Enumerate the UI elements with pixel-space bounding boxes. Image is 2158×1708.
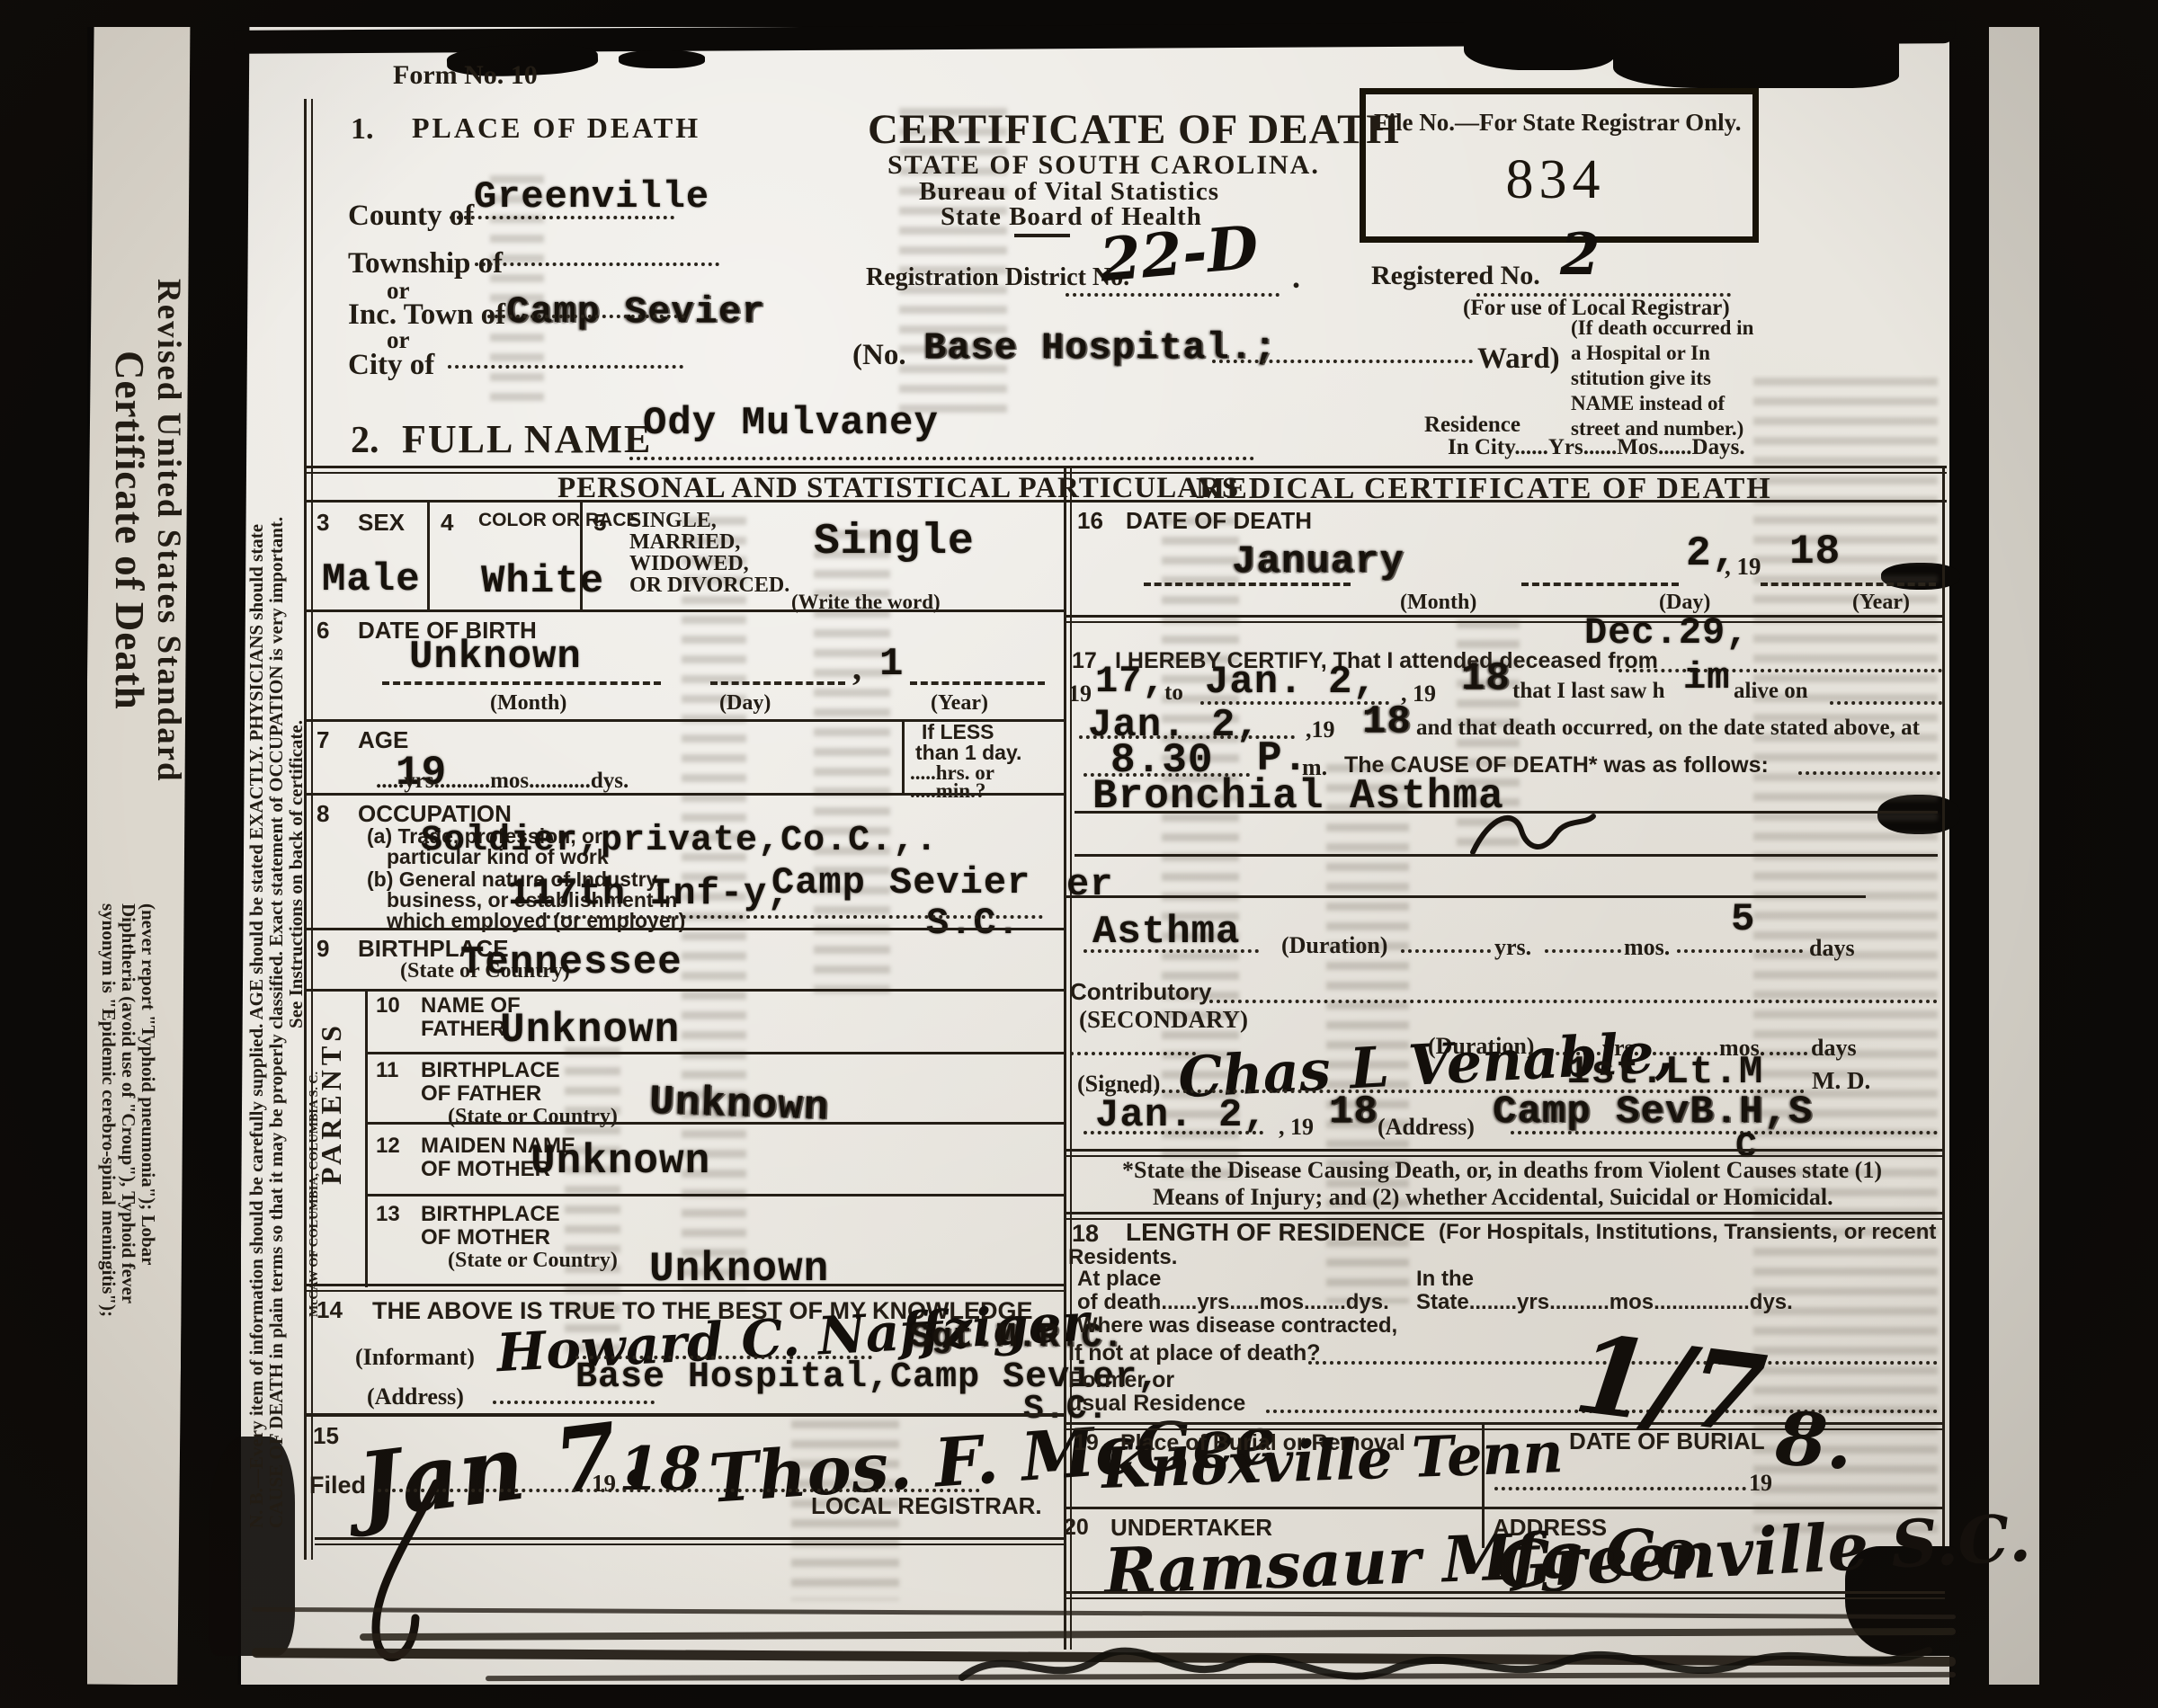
dod-label: DATE OF DEATH (1126, 509, 1312, 533)
father-name-label2: FATHER (421, 1018, 505, 1040)
atplace-line1: At place (1077, 1268, 1161, 1290)
occupation-a-value: Soldier,private,Co.C.,. (421, 823, 938, 860)
burial-number: 19 (1074, 1431, 1099, 1454)
l3-year-value: 18 (1362, 701, 1412, 743)
margin-nb-note: N. B.—Every item of information should b… (246, 220, 329, 1528)
residence18-label: LENGTH OF RESIDENCE (1126, 1219, 1425, 1245)
filed-number: 15 (313, 1424, 339, 1448)
mother-bp-label1: BIRTHPLACE (421, 1203, 560, 1225)
dob-year-sub: (Year) (931, 692, 988, 715)
dod-month-value: January (1232, 541, 1404, 583)
mother-name-number: 12 (376, 1134, 400, 1157)
duration-days-value: 5 (1731, 899, 1755, 940)
race-label: COLOR OR RACE (478, 511, 639, 530)
occupation-number: 8 (317, 802, 329, 826)
reg-district-value: 22-D (1097, 216, 1261, 291)
ifless-line4: .....min.? (910, 780, 985, 802)
signed-19-printed: , 19 (1279, 1115, 1314, 1139)
nb-line3: See Instructions on back of certificate. (286, 220, 306, 1528)
occupation-b-value2: Camp Sevier (771, 863, 1030, 903)
city-label: City of (348, 350, 434, 381)
mother-name-value: Unknown (531, 1140, 710, 1183)
signed-address-value: Camp SevB.H,S (1493, 1091, 1813, 1133)
burial-year-script: 8. (1773, 1400, 1855, 1482)
footnote-line2: Means of Injury; and (2) whether Acciden… (1153, 1185, 1833, 1209)
mother-bp-number: 13 (376, 1203, 400, 1225)
dod-19-printed: , 19 (1725, 554, 1761, 579)
informant-address-label: (Address) (367, 1384, 464, 1409)
duration2-days: days (1811, 1036, 1857, 1060)
atplace-line2: of death......yrs.....mos.......dys. (1077, 1291, 1389, 1313)
certify-number: 17 (1072, 649, 1097, 672)
l2-year18-value: 18 (1461, 658, 1511, 699)
marital-number: 5 (593, 511, 606, 535)
informant-number: 14 (317, 1298, 343, 1322)
father-bp-number: 11 (376, 1059, 398, 1081)
undertaker-number: 20 (1064, 1516, 1089, 1539)
reg-district-label: Registration District No. (866, 264, 1129, 290)
hospital-note-line4: NAME instead of (1571, 393, 1725, 414)
contracted-line: Where was disease contracted, (1077, 1314, 1397, 1337)
fullname-value: Ody Mulvaney (643, 403, 939, 444)
hospital-note-line3: stitution give its (1571, 368, 1711, 389)
local-registrar-label: LOCAL REGISTRAR. (811, 1494, 1042, 1518)
disease-note-line1: synonym is "Epidemic cerebro-spinal meni… (99, 903, 119, 1677)
inc-town-label: Inc. Town of (348, 299, 505, 331)
burial-19-printed: 19 (1749, 1471, 1772, 1495)
marital-line4: OR DIVORCED. (629, 574, 789, 597)
ifnot-line: If not at place of death? (1068, 1341, 1321, 1365)
secondary-cause-value: Asthma (1092, 912, 1240, 953)
certify-line1: I HEREBY CERTIFY, That I attended deceas… (1115, 649, 1658, 672)
inthe-line2: State........yrs..........mos...........… (1416, 1291, 1793, 1313)
secondary-label: (SECONDARY) (1079, 1007, 1248, 1032)
duration-mos: mos. (1624, 935, 1670, 959)
contributory-label: Contributory (1070, 980, 1211, 1004)
disease-note-line3: (never report "Typhoid pneumonia"); Loba… (138, 903, 158, 1677)
ink-blob (619, 50, 705, 68)
registered-no-label: Registered No. (1371, 262, 1540, 290)
signed-year-value: 18 (1329, 1091, 1378, 1133)
fullname-number: 2. (351, 421, 379, 460)
former-line2: usual Residence (1068, 1392, 1245, 1415)
bottom-scrawl (953, 1623, 1942, 1704)
burial-date-script: 1/7 (1569, 1318, 1771, 1454)
spine-title-line1: Revised United States Standard (150, 135, 185, 926)
mother-bp-label2: OF MOTHER (421, 1226, 550, 1249)
dob-year-digit: 1 (879, 644, 904, 685)
fullname-label: FULL NAME (402, 419, 652, 460)
age-number: 7 (317, 728, 329, 752)
duration-days-label: days (1809, 936, 1855, 960)
nb-line1: N. B.—Every item of information should b… (246, 220, 266, 1528)
left-edge (0, 0, 87, 1708)
file-number-value: 834 (1376, 151, 1735, 209)
state-line: STATE OF SOUTH CAROLINA. (887, 151, 1320, 180)
sex-label: SEX (358, 511, 405, 535)
l2-him-value: im (1683, 658, 1730, 698)
county-value: Greenville (474, 177, 709, 217)
dod-year-sub: (Year) (1852, 592, 1910, 614)
residence18-note2: Residents. (1068, 1246, 1177, 1268)
birthplace-value: Tennessee (460, 942, 682, 983)
dob-value: Unknown (409, 636, 582, 678)
filed-descender-stroke (351, 1483, 477, 1672)
dob-month-sub: (Month) (490, 692, 566, 715)
ink-blob (1613, 20, 1899, 88)
ink-blob (1464, 20, 1615, 70)
residence18-note: (For Hospitals, Institutions, Transients… (1439, 1221, 1936, 1243)
bureau-line: Bureau of Vital Statistics (919, 178, 1219, 205)
ink-squiggle (1466, 807, 1601, 861)
occupation-b-value3: S.C. (926, 903, 1021, 943)
dod-year-value: 18 (1789, 530, 1841, 574)
sex-number: 3 (317, 511, 329, 535)
hospital-note-line1: (If death occurred in (1571, 317, 1753, 339)
father-name-number: 10 (376, 994, 400, 1017)
dob-number: 6 (317, 618, 329, 643)
form-number: Form No. 10 (393, 61, 538, 90)
physician-rank-value: 1st.Lt.M (1566, 1052, 1763, 1093)
race-number: 4 (441, 511, 453, 535)
spine-disease-note: synonym is "Epidemic cerebro-spinal meni… (99, 903, 185, 1677)
father-bp-label1: BIRTHPLACE (421, 1059, 560, 1081)
l2-to-printed: to (1164, 681, 1183, 705)
filed-19-printed: 19 (592, 1471, 616, 1496)
dod-month-sub: (Month) (1400, 592, 1476, 614)
l3-19-printed: ,19 (1306, 717, 1335, 742)
medical-section-header: MEDICAL CERTIFICATE OF DEATH (1196, 473, 1772, 505)
residence-label: Residence (1424, 414, 1520, 437)
ward-label: Ward) (1477, 343, 1560, 375)
race-value: White (481, 561, 604, 602)
sex-value: Male (322, 559, 421, 600)
ifless-line2: than 1 day. (915, 742, 1021, 763)
overflow-er-value: er (1066, 865, 1113, 904)
personal-section-header: PERSONAL AND STATISTICAL PARTICULARS (557, 473, 1239, 504)
residence18-number: 18 (1072, 1221, 1099, 1246)
dob-comma: , (852, 649, 861, 687)
printer-credit: McCAW OF COLUMBIA, COLUMBIA S. C. (306, 220, 324, 1528)
father-bp-label2: OF FATHER (421, 1082, 541, 1105)
marital-line2: MARRIED, (629, 531, 740, 554)
l2-lastsaw-printed: that I last saw h (1512, 680, 1664, 703)
no-label: (No. (852, 340, 906, 371)
l2-year17-value: 17, (1095, 662, 1166, 701)
certificate-title: CERTIFICATE OF DEATH (868, 108, 1400, 152)
marital-line3: WIDOWED, (629, 553, 749, 575)
occupation-b-value1: 117th Inf-y, (508, 874, 790, 913)
signed-address-label: (Address) (1378, 1115, 1475, 1139)
section1-number: 1. (351, 113, 374, 146)
hospital-note-line2: a Hospital or In (1571, 342, 1710, 364)
l3-rest-printed: and that death occurred, on the date sta… (1416, 716, 1920, 740)
father-name-value: Unknown (500, 1009, 680, 1052)
age-units-line: .....yrs..........mos...........dys. (376, 769, 629, 793)
spine-title-line2: Certificate of Death (108, 135, 150, 926)
duration-label: (Duration) (1281, 933, 1387, 957)
parents-label: PARENTS (317, 991, 347, 1215)
former-line1: Former or (1068, 1368, 1174, 1392)
nb-line2: CAUSE OF DEATH in plain terms so that it… (266, 220, 286, 1528)
footnote-line1: *State the Disease Causing Death, or, in… (1122, 1158, 1882, 1182)
registered-no-value: 2 (1560, 225, 1601, 285)
file-box-label: File No.—For State Registrar Only. (1374, 110, 1734, 135)
spine-title: Revised United States Standard Certifica… (88, 135, 185, 926)
informant-label: (Informant) (355, 1345, 475, 1369)
duration-yrs: yrs. (1494, 935, 1531, 959)
attended-from-value: Dec.29, (1584, 613, 1749, 653)
ifless-line1: If LESS (922, 721, 994, 743)
l2-aliveon-printed: alive on (1734, 680, 1808, 703)
father-bp-sub: (State or Country) (448, 1106, 618, 1128)
md-label: M. D. (1812, 1068, 1870, 1093)
inthe-line1: In the (1416, 1268, 1474, 1290)
disease-note-line2: Diphtheria (avoid use of "Croup"), Typho… (119, 903, 138, 1677)
dob-day-sub: (Day) (719, 692, 771, 715)
dod-number: 16 (1077, 509, 1103, 533)
birthplace-number: 9 (317, 937, 329, 961)
inc-town-value: Camp Sevier (506, 292, 765, 332)
residence-line: In City......Yrs......Mos......Days. (1448, 436, 1745, 459)
section1-title: PLACE OF DEATH (412, 113, 700, 144)
right-edge (1949, 0, 2158, 1708)
right-page-strip (1989, 0, 2039, 1708)
scanned-death-certificate: Revised United States Standard Certifica… (0, 0, 2158, 1708)
reg-district-period: . (1292, 261, 1300, 295)
l2-date-value: Jan. 2, (1205, 662, 1378, 703)
marital-line1: SINGLE, (629, 510, 717, 532)
mother-bp-sub: (State or Country) (448, 1250, 618, 1272)
marital-value: Single (814, 520, 975, 565)
